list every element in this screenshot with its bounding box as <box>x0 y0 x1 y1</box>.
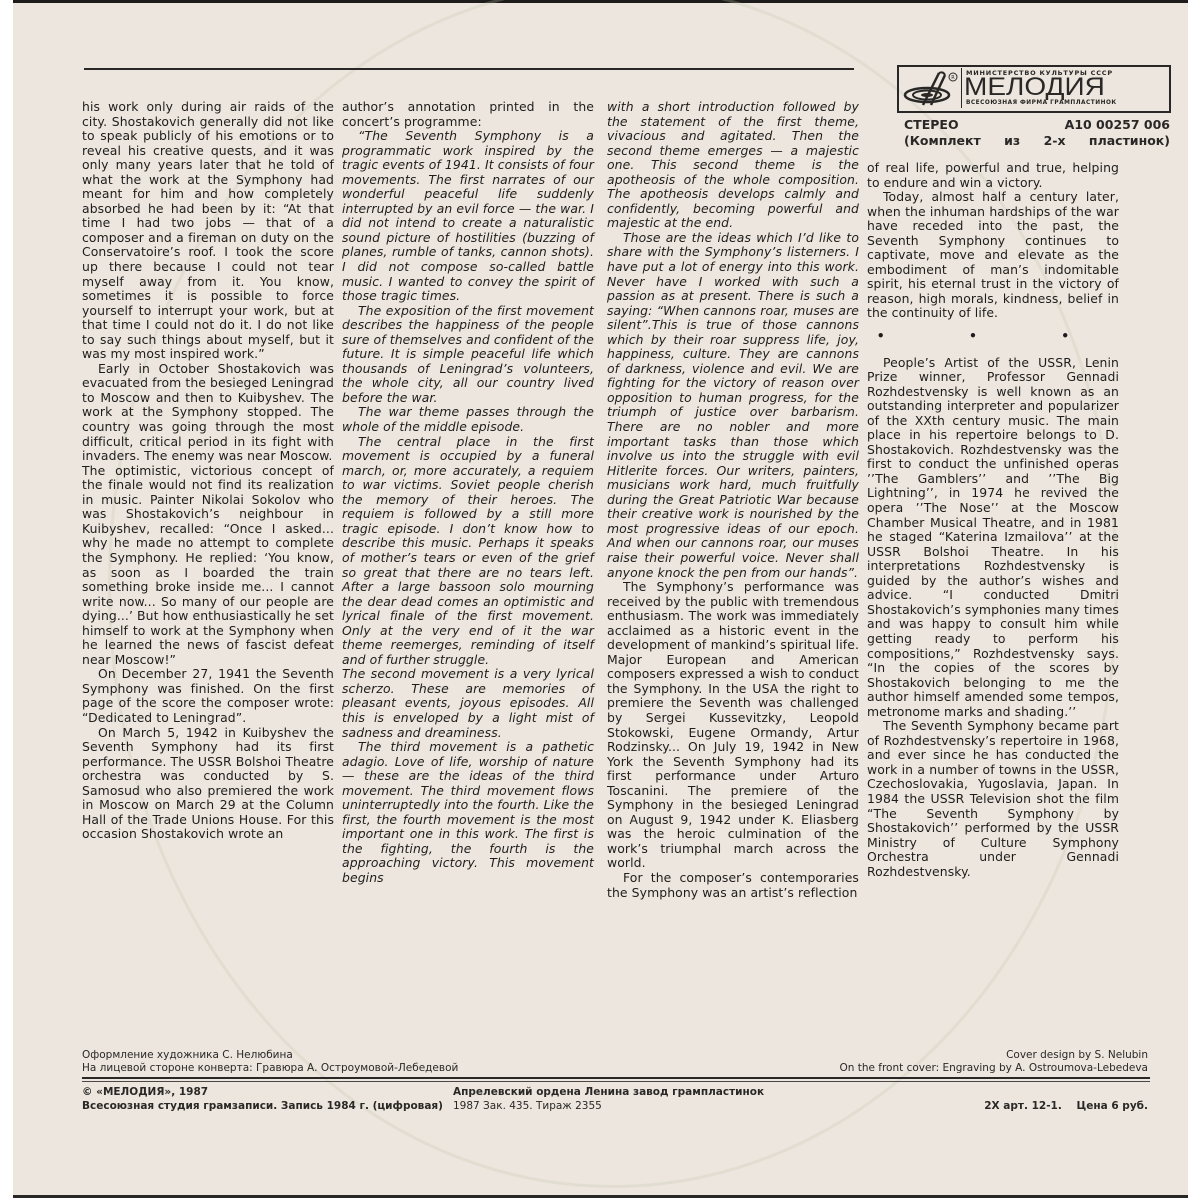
paragraph: The exposition of the first movement des… <box>342 304 594 406</box>
paragraph: “The Seventh Symphony is a programmatic … <box>342 129 594 304</box>
order-line: 1987 Зак. 435. Тираж 2355 <box>453 1100 602 1112</box>
paragraph: Those are the ideas which I’d like to sh… <box>607 231 859 580</box>
top-rule <box>84 68 854 70</box>
paragraph: his work only during air raids of the ci… <box>82 100 334 362</box>
credit-design-en: Cover design by S. Nelubin <box>1006 1049 1148 1061</box>
paragraph: On March 5, 1942 in Kuibyshev the Sevent… <box>82 726 334 842</box>
paragraph: The Seventh Symphony became part of Rozh… <box>867 719 1119 879</box>
format-label: СТЕРЕО <box>904 117 959 132</box>
paragraph: The second movement is a very lyrical sc… <box>342 667 594 740</box>
credit-cover-en: On the front cover: Engraving by A. Ostr… <box>839 1062 1148 1074</box>
text-column-3: with a short introduction followed by th… <box>607 100 859 900</box>
set-note-row: (Комплект из 2-х пластинок) <box>904 133 1170 148</box>
melodiya-logo: R МИНИСТЕРСТВО КУЛЬТУРЫ СССР МЕЛОДИЯ ВСЕ… <box>897 65 1171 113</box>
paragraph: The third movement is a pathetic adagio.… <box>342 740 594 885</box>
paragraph: For the composer’s contemporaries the Sy… <box>607 871 859 900</box>
melodiya-emblem-icon: R <box>901 69 959 109</box>
paragraph: On December 27, 1941 the Seventh Symphon… <box>82 667 334 725</box>
paragraph: The war theme passes through the whole o… <box>342 405 594 434</box>
paragraph: author’s annotation printed in the conce… <box>342 100 594 129</box>
paragraph: The Symphony’s performance was received … <box>607 580 859 871</box>
paragraph: Today, almost half a century later, when… <box>867 190 1119 321</box>
company-text: ВСЕСОЮЗНАЯ ФИРМА ГРАМПЛАСТИНОК <box>966 100 1117 106</box>
credit-cover-ru: На лицевой стороне конверта: Гравюра А. … <box>82 1062 458 1074</box>
studio-line: Всесоюзная студия грамзаписи. Запись 198… <box>82 1100 443 1112</box>
price-line: 2Х арт. 12-1. Цена 6 руб. <box>984 1100 1148 1112</box>
catalog-row: СТЕРЕО А10 00257 006 <box>904 117 1170 132</box>
paragraph: People’s Artist of the USSR, Lenin Prize… <box>867 356 1119 720</box>
paragraph: Early in October Shostakovich was evacua… <box>82 362 334 464</box>
text-column-1: his work only during air raids of the ci… <box>82 100 334 842</box>
price: Цена 6 руб. <box>1076 1100 1148 1112</box>
catalog-number: А10 00257 006 <box>1065 117 1170 132</box>
brand-name: МЕЛОДИЯ <box>964 74 1105 100</box>
plant-line: Апрелевский ордена Ленина завод грамплас… <box>453 1086 764 1098</box>
section-separator: • • • <box>867 329 1119 344</box>
set-note: (Комплект из 2-х пластинок) <box>904 133 1170 148</box>
credit-design-ru: Оформление художника С. Нелюбина <box>82 1049 293 1061</box>
paragraph: with a short introduction followed by th… <box>607 100 859 231</box>
text-column-4: of real life, powerful and true, helping… <box>867 161 1119 879</box>
paragraph: The central place in the first movement … <box>342 435 594 668</box>
text-column-2: author’s annotation printed in the conce… <box>342 100 594 886</box>
copyright: © «МЕЛОДИЯ», 1987 <box>82 1086 208 1098</box>
price-code: 2Х арт. 12-1. <box>984 1100 1062 1112</box>
footer-rule-thin <box>82 1081 1150 1082</box>
paragraph: The optimistic, victorious concept of th… <box>82 464 334 668</box>
svg-text:R: R <box>951 75 955 81</box>
paragraph: of real life, powerful and true, helping… <box>867 161 1119 190</box>
logo-wordmark: МИНИСТЕРСТВО КУЛЬТУРЫ СССР МЕЛОДИЯ ВСЕСО… <box>961 68 1167 108</box>
footer-rule <box>82 1077 1150 1079</box>
